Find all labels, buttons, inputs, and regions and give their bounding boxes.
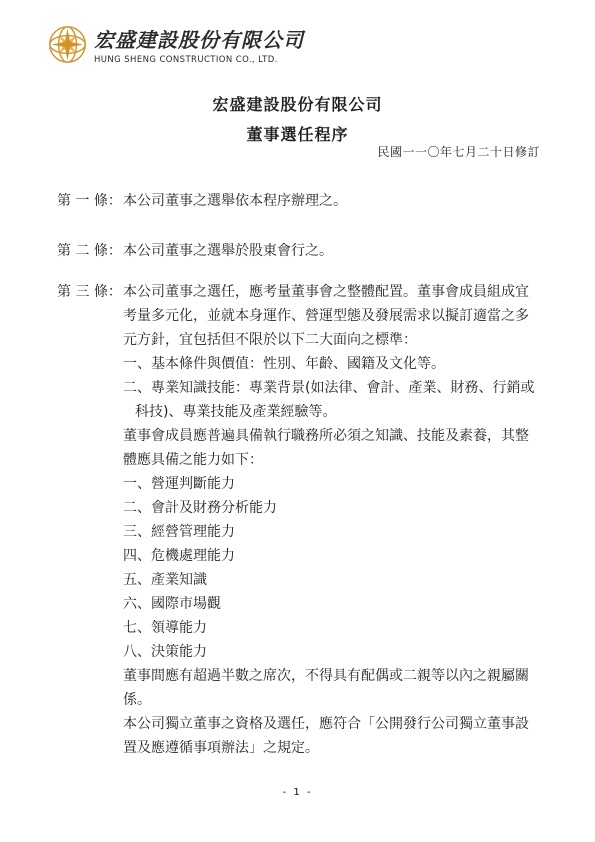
article: 第 二 條： 本公司董事之選舉於股東會行之。 [57,239,540,263]
article-paragraph: 二、專業知識技能：專業背景(如法律、會計、產業、財務、行銷或科技)、專業技能及產… [123,376,540,424]
company-name-chinese: 宏盛建設股份有限公司 [94,27,304,53]
article-paragraph: 本公司獨立董事之資格及選任，應符合「公開發行公司獨立董事設置及應遵循事項辦法」之… [123,712,540,760]
article-paragraph: 七、領導能力 [123,616,540,640]
article-body: 本公司董事之選舉依本程序辦理之。 [123,189,540,213]
article-paragraph: 二、會計及財務分析能力 [123,496,540,520]
article-paragraph: 六、國際市場觀 [123,592,540,616]
article-paragraph: 本公司董事之選舉於股東會行之。 [123,239,540,263]
article-paragraph: 三、經營管理能力 [123,520,540,544]
article: 第 一 條： 本公司董事之選舉依本程序辦理之。 [57,189,540,213]
company-names: 宏盛建設股份有限公司 HUNG SHENG CONSTRUCTION CO., … [94,24,304,65]
article-paragraph: 一、營運判斷能力 [123,472,540,496]
document-page: 宏盛建設股份有限公司 HUNG SHENG CONSTRUCTION CO., … [0,0,595,842]
article-label: 第 三 條： [57,280,123,304]
article-paragraph: 董事間應有超過半數之席次，不得具有配偶或二親等以內之親屬關係。 [123,664,540,712]
article-label: 第 一 條： [57,189,123,213]
company-name-english: HUNG SHENG CONSTRUCTION CO., LTD. [94,55,304,65]
articles-list: 第 一 條： 本公司董事之選舉依本程序辦理之。 第 二 條： 本公司董事之選舉於… [57,189,540,760]
revision-date: 民國一一〇年七月二十日修訂 [377,143,540,160]
article-paragraph: 董事會成員應普遍具備執行職務所必須之知識、技能及素養，其整體應具備之能力如下： [123,424,540,472]
article-paragraph: 八、決策能力 [123,640,540,664]
globe-compass-logo-icon [47,24,88,65]
article-paragraph: 四、危機處理能力 [123,544,540,568]
article-body: 本公司董事之選任，應考量董事會之整體配置。董事會成員組成宜考量多元化，並就本身運… [123,280,540,760]
page-number: - 1 - [0,787,595,798]
article-paragraph: 一、基本條件與價值：性別、年齡、國籍及文化等。 [123,352,540,376]
document-subtitle: 董事選任程序 [0,122,595,145]
article: 第 三 條： 本公司董事之選任，應考量董事會之整體配置。董事會成員組成宜考量多元… [57,280,540,760]
article-paragraph: 五、產業知識 [123,568,540,592]
article-paragraph: 本公司董事之選舉依本程序辦理之。 [123,189,540,213]
company-letterhead: 宏盛建設股份有限公司 HUNG SHENG CONSTRUCTION CO., … [47,24,304,65]
article-label: 第 二 條： [57,239,123,263]
article-body: 本公司董事之選舉於股東會行之。 [123,239,540,263]
article-paragraph: 本公司董事之選任，應考量董事會之整體配置。董事會成員組成宜考量多元化，並就本身運… [123,280,540,352]
document-title: 宏盛建設股份有限公司 [0,92,595,115]
